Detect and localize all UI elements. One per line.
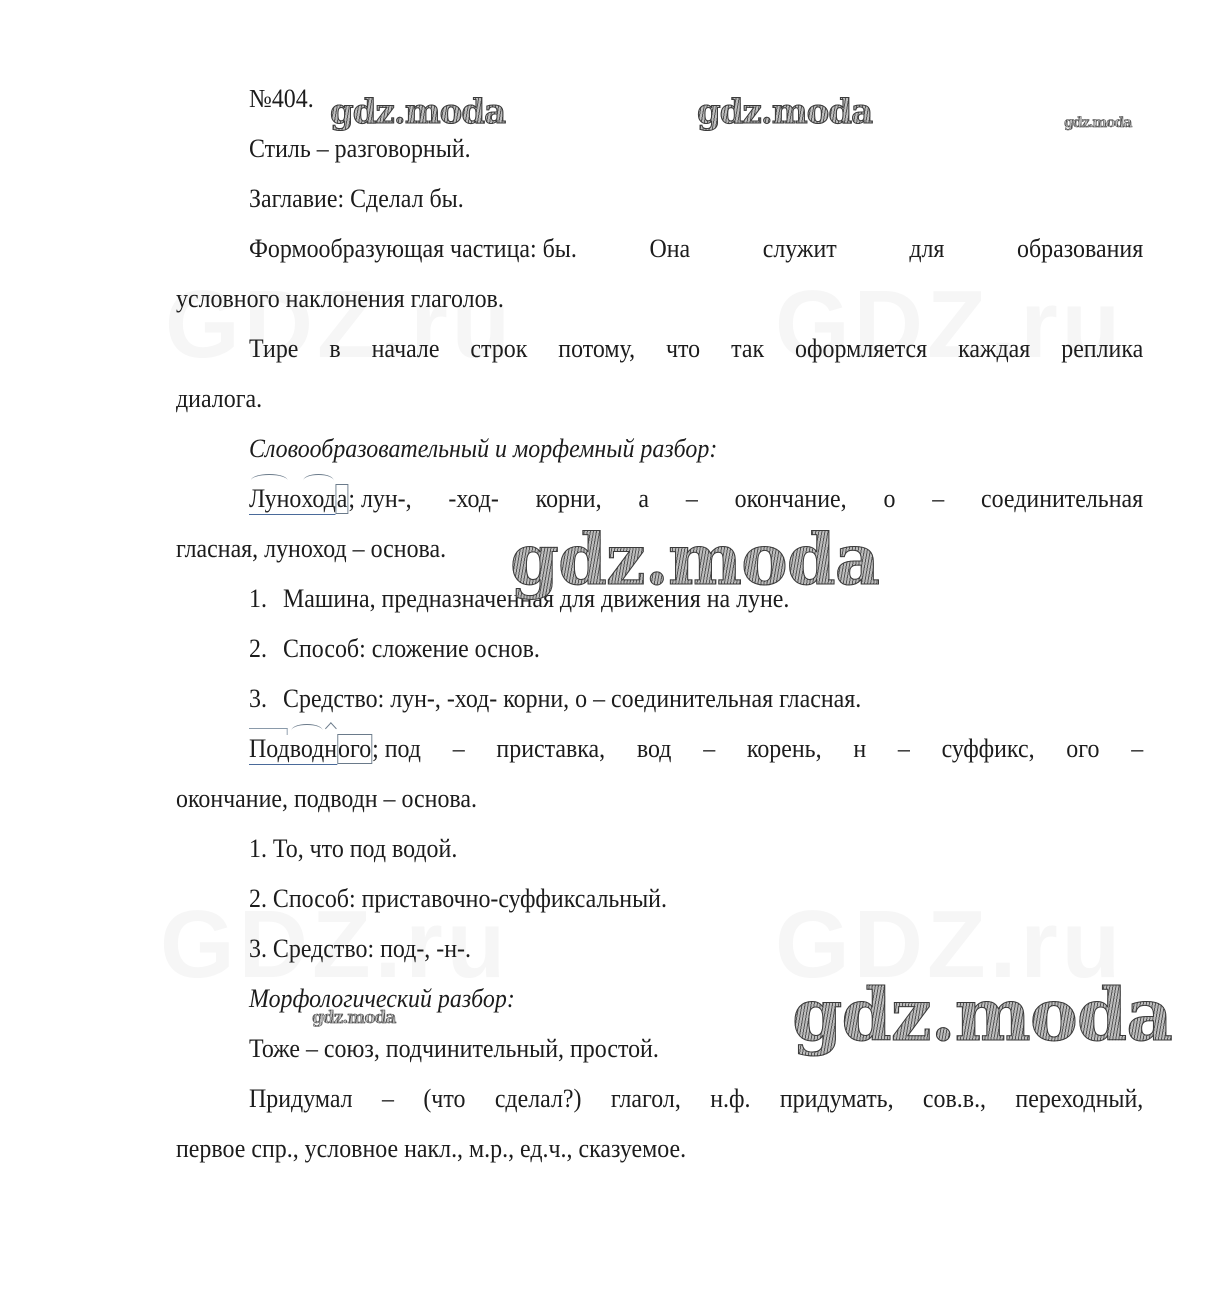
watermark-logo: gdz.moda bbox=[792, 972, 1172, 1057]
dash-paragraph-line2: диалога. bbox=[176, 384, 1066, 414]
particle-paragraph-line1: Формообразующая частица: бы. Она служит … bbox=[249, 234, 1143, 264]
root-vod: вод bbox=[290, 734, 325, 763]
document-page: GDZ.ru GDZ.ru GDZ.ru GDZ.ru gdz.moda gdz… bbox=[0, 0, 1231, 1290]
stem-underline: Подводн bbox=[249, 734, 337, 765]
word2-item-1: 1. То, что под водой. bbox=[249, 834, 1071, 864]
title-line: Заглавие: Сделал бы. bbox=[249, 184, 1071, 214]
morph-paragraph-line1: Придумал – (что сделал?) глагол, н.ф. пр… bbox=[249, 1084, 1143, 1114]
morpheme-word-lunokhoda: Лунохода; лун-, bbox=[249, 484, 412, 515]
morpheme-word-podvodnogo: Подводного; под bbox=[249, 734, 421, 765]
suffix-n: н bbox=[324, 734, 337, 763]
stem-underline: Луноход bbox=[249, 484, 336, 515]
word2-analysis-line2: окончание, подводн – основа. bbox=[176, 784, 1066, 814]
root-lun: Лун bbox=[249, 484, 289, 513]
ending-box: а bbox=[336, 484, 348, 514]
word2-analysis-line1: Подводного; под – приставка, вод – корен… bbox=[249, 734, 1143, 765]
style-line: Стиль – разговорный. bbox=[249, 134, 1071, 164]
watermark-logo: gdz.moda bbox=[697, 92, 872, 132]
watermark-logo: gdz.moda bbox=[1064, 115, 1131, 131]
watermark-logo: gdz.moda bbox=[510, 518, 879, 601]
word1-analysis-line1: Лунохода; лун-, -ход- корни, а – окончан… bbox=[249, 484, 1143, 515]
connecting-vowel: о bbox=[289, 484, 301, 513]
particle-paragraph-line2: условного наклонения глаголов. bbox=[176, 284, 1066, 314]
word-analysis-heading: Словообразовательный и морфемный разбор: bbox=[249, 434, 1071, 464]
word2-item-3: 3. Средство: под-, -н-. bbox=[249, 934, 1071, 964]
word2-item-2: 2. Способ: приставочно-суффиксальный. bbox=[249, 884, 1071, 914]
root-khod: ход bbox=[301, 484, 336, 513]
word1-item-2: 2.Способ: сложение основ. bbox=[249, 634, 1071, 664]
prefix-pod: Под bbox=[249, 734, 290, 763]
ending-box: ого bbox=[337, 734, 372, 764]
watermark-logo: gdz.moda bbox=[330, 92, 505, 132]
morph-paragraph-line2: первое спр., условное накл., м.р., ед.ч.… bbox=[176, 1134, 1066, 1164]
word1-item-3: 3.Средство: лун-, -ход- корни, о – соеди… bbox=[249, 684, 1071, 714]
watermark-logo: gdz.moda bbox=[312, 1008, 396, 1028]
dash-paragraph-line1: Тире в начале строк потому, что так офор… bbox=[249, 334, 1143, 364]
